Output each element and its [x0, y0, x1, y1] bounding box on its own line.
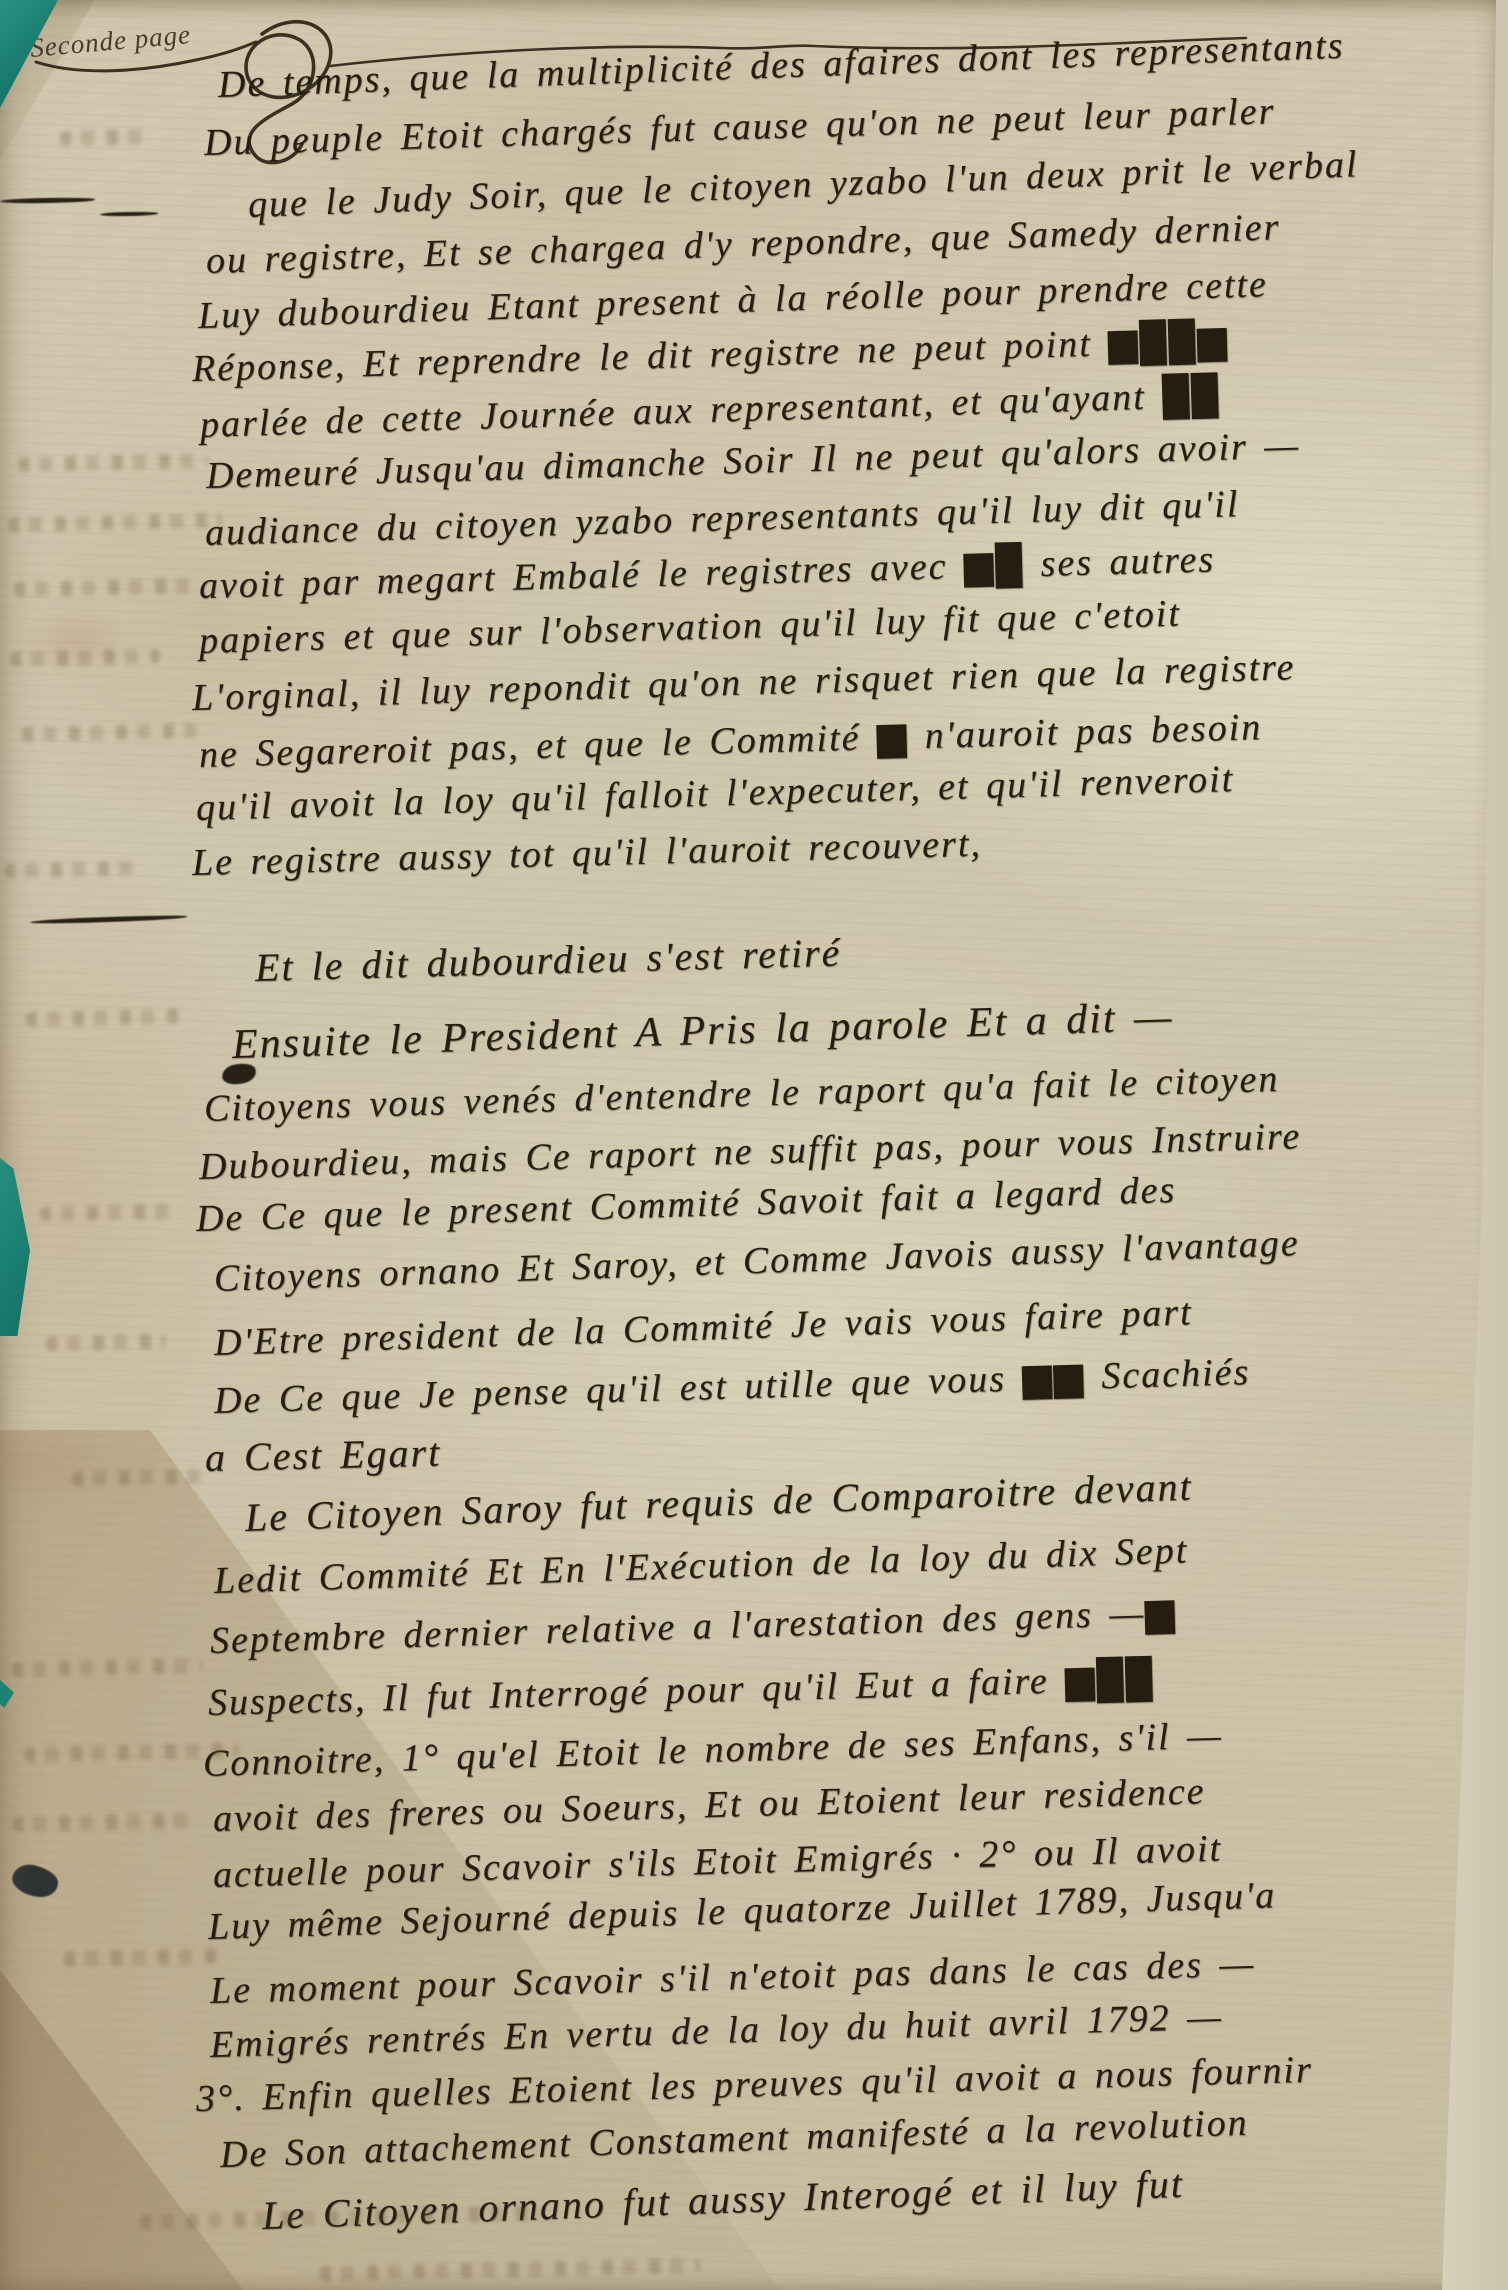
page-number-note: Seconde page [29, 19, 192, 64]
manuscript-line: D'Etre president de la Commité Je vais v… [213, 1293, 1193, 1362]
manuscript-line: Ledit Commité Et En l'Exécution de la lo… [213, 1531, 1188, 1600]
ink-blot [100, 211, 158, 216]
manuscript-line: avoit des freres ou Soeurs, Et ou Etoien… [212, 1772, 1206, 1838]
manuscript-line: L'orginal, il luy repondit qu'on ne risq… [191, 648, 1295, 717]
manuscript-line: Ensuite le President A Pris la parole Et… [231, 996, 1173, 1066]
bleed-through-smudge [64, 1948, 224, 1967]
manuscript-line: Le Citoyen ornano fut aussy Interogé et … [261, 2164, 1184, 2236]
bleed-through-smudge [320, 2258, 700, 2282]
manuscript-line: De Ce que Je pense qu'il est utille que … [213, 1353, 1250, 1420]
bleed-through-smudge [46, 1334, 166, 1352]
manuscript-line: a Cest Egart [205, 1433, 442, 1478]
manuscript-scan: Seconde page De temps, que la multiplici… [0, 0, 1508, 2290]
manuscript-line: papiers et que sur l'observation qu'il l… [198, 595, 1181, 660]
manuscript-line: Septembre dernier relative a l'arestatio… [209, 1593, 1176, 1660]
manuscript-line: Le Citoyen Saroy fut requis de Comparoit… [244, 1467, 1193, 1538]
ink-blot [221, 1061, 258, 1087]
bleed-through-smudge [40, 1203, 180, 1221]
bleed-through-smudge [8, 513, 223, 533]
ink-blot [9, 1861, 61, 1902]
bleed-through-smudge [26, 1008, 186, 1027]
manuscript-line: Le registre aussy tot qu'il l'auroit rec… [192, 825, 983, 882]
bleed-through-smudge [4, 861, 134, 879]
bleed-through-smudge [72, 1468, 212, 1486]
manuscript-line: Citoyens ornano Et Saroy, et Comme Javoi… [213, 1224, 1300, 1298]
bleed-through-smudge [14, 578, 199, 597]
manuscript-line: Citoyens vous venés d'entendre le raport… [203, 1060, 1279, 1128]
bleed-through-smudge [60, 129, 150, 146]
paper-page: Seconde page De temps, que la multiplici… [0, 0, 1508, 2290]
ink-blot [0, 197, 95, 204]
bleed-through-smudge [12, 1813, 192, 1832]
manuscript-line: Connoitre, 1° qu'el Etoit le nombre de s… [202, 1717, 1223, 1783]
manuscript-line: Et le dit dubourdieu s'est retiré [254, 933, 841, 988]
manuscript-line: Suspects, Il fut Interrogé pour qu'il Eu… [208, 1659, 1155, 1722]
bleed-through-smudge [18, 453, 208, 472]
bleed-through-smudge [22, 723, 197, 742]
bleed-through-smudge [12, 1658, 202, 1677]
ink-blot [30, 914, 187, 924]
bleed-through-smudge [10, 648, 160, 666]
